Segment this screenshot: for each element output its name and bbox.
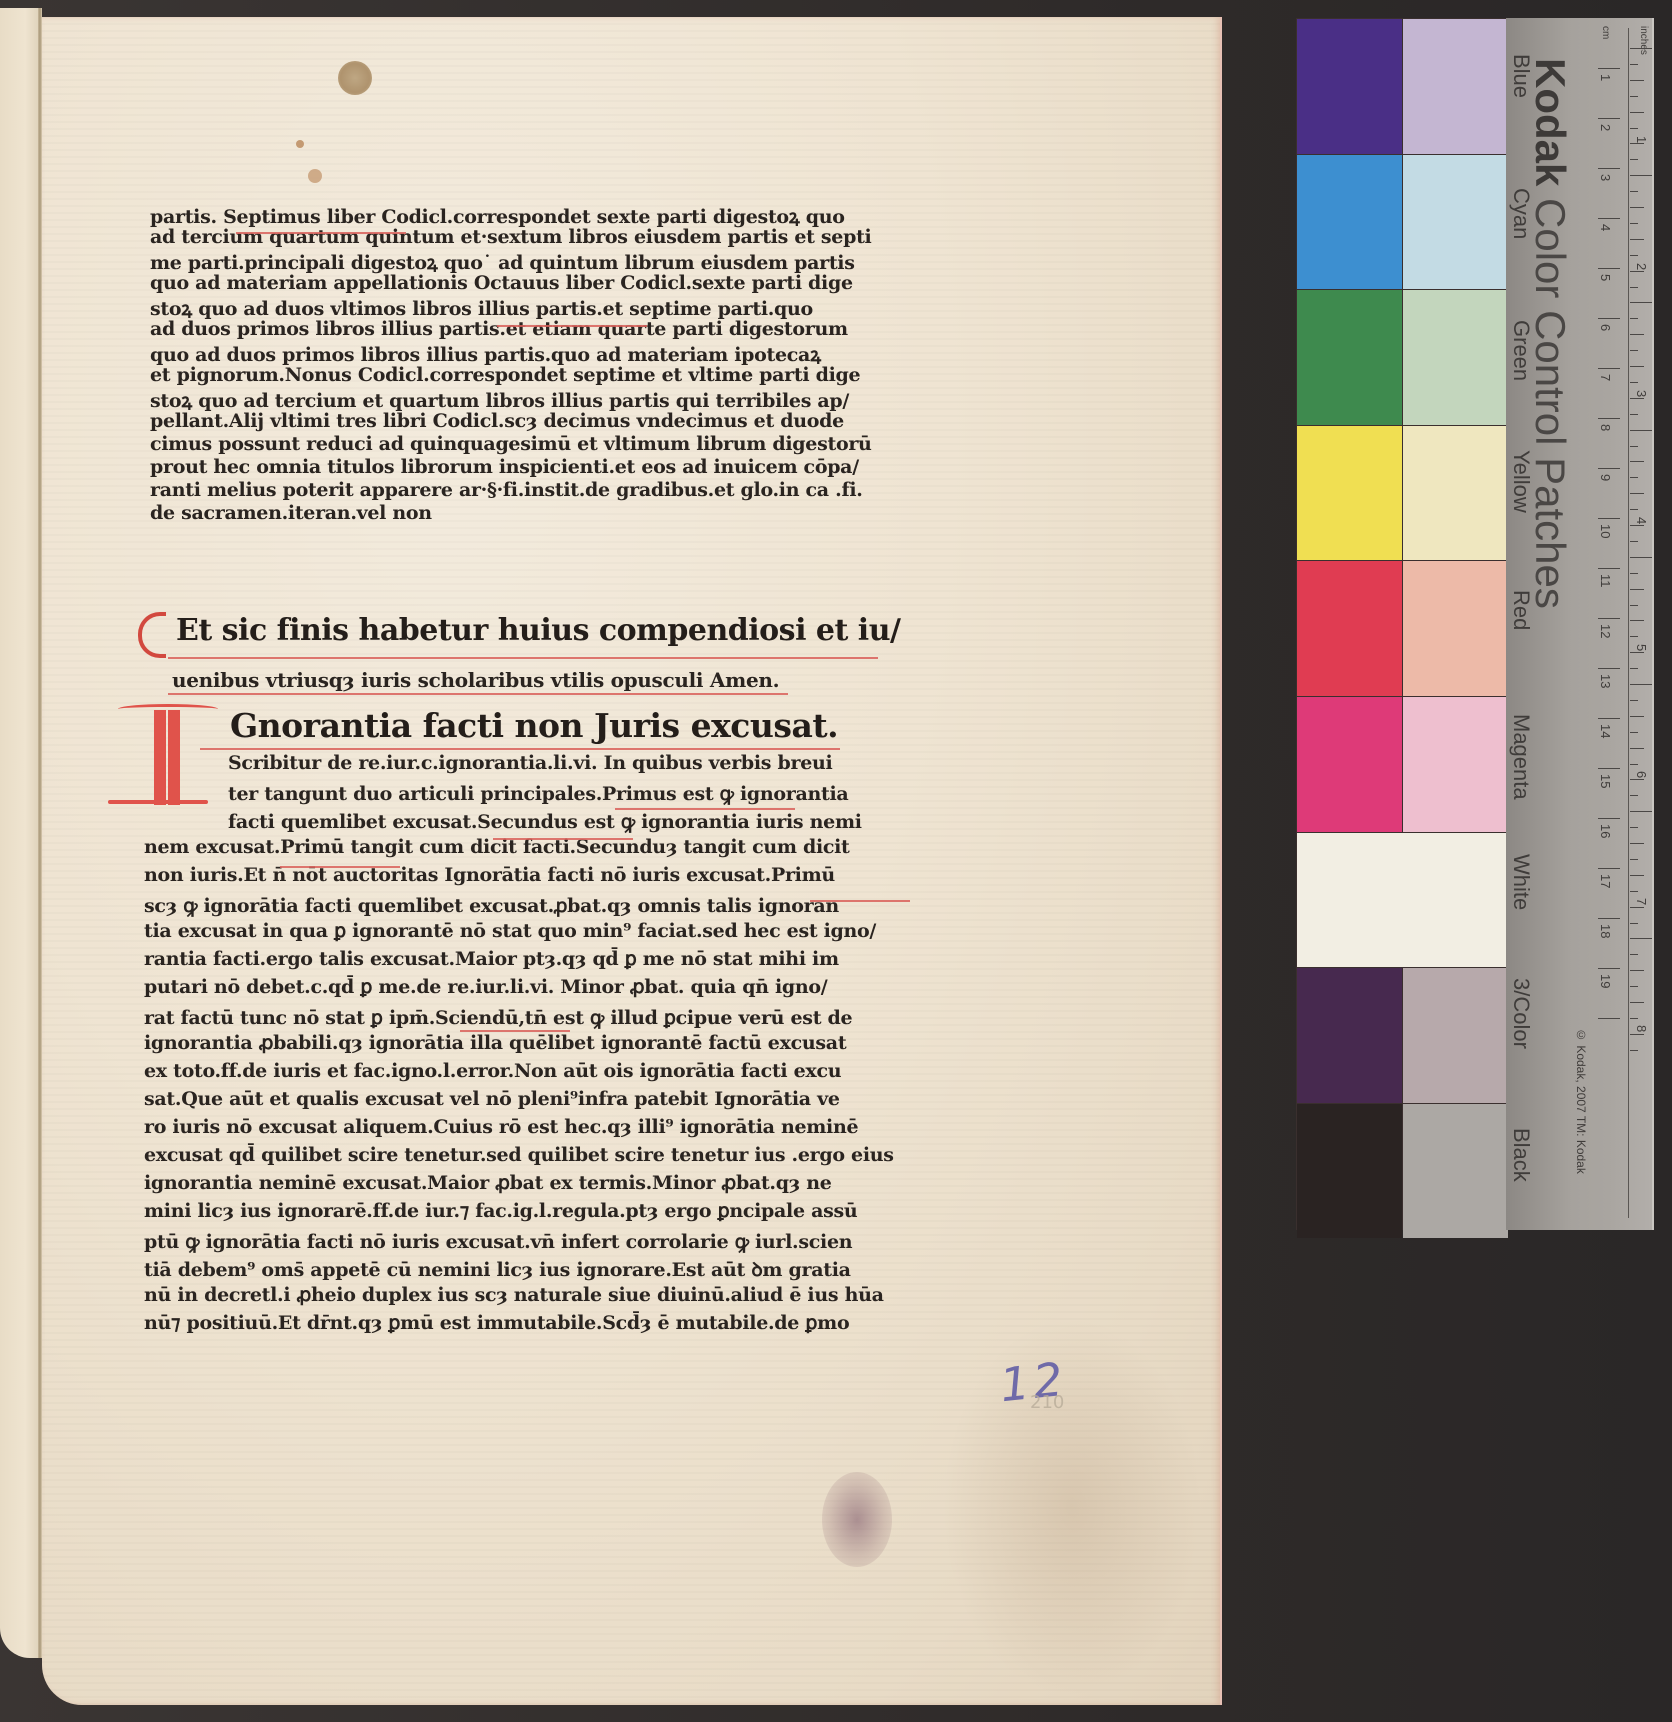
rubric-underline — [810, 900, 910, 902]
color-label: Magenta — [1508, 714, 1534, 800]
rubric-underline — [168, 657, 878, 659]
inch-mark: 7 — [1634, 898, 1649, 905]
text-line: facti quemlibet excusat.Secundus est ꝙ i… — [228, 808, 862, 834]
patch-3color-dark — [1297, 968, 1402, 1103]
color-patch-grid — [1296, 18, 1506, 1230]
color-label: Red — [1508, 590, 1534, 630]
patch-red-light — [1403, 561, 1508, 696]
text-line: ter tangunt duo articuli principales.Pri… — [228, 780, 848, 806]
rubric-underline — [497, 325, 647, 327]
colophon-line: uenibus vtriusqȝ iuris scholaribus vtili… — [172, 668, 779, 692]
inch-mark: 3 — [1634, 390, 1649, 397]
color-label: Cyan — [1508, 188, 1534, 239]
color-label: 3/Color — [1508, 978, 1534, 1049]
color-label: Green — [1508, 320, 1534, 381]
text-line: nū in decretl.i ꝓheio duplex ius scȝ nat… — [144, 1284, 884, 1306]
text-line: Scribitur de re.iur.c.ignorantia.li.vi. … — [228, 752, 832, 774]
color-label: Black — [1508, 1128, 1534, 1182]
cm-mark: 13 — [1598, 674, 1613, 688]
foxing-spot — [308, 169, 322, 183]
cm-mark: 18 — [1598, 924, 1613, 938]
text-line: pellant.Alij vltimi tres libri Codicl.sc… — [150, 410, 844, 432]
patch-black-dark — [1297, 1104, 1402, 1239]
text-line: et pignorum.Nonus Codicl.correspondet se… — [150, 364, 860, 386]
colophon-line: Et sic finis habetur huius compendiosi e… — [176, 613, 900, 648]
text-line: tia excusat in qua ꝑ ignorantē nō stat q… — [144, 920, 876, 942]
rubric-underline — [615, 808, 795, 810]
patch-red-dark — [1297, 561, 1402, 696]
cm-mark: 3 — [1598, 174, 1613, 181]
color-label: Yellow — [1508, 450, 1534, 513]
cm-mark: 8 — [1598, 424, 1613, 431]
patch-black-light — [1403, 1104, 1508, 1239]
cm-mark: 16 — [1598, 824, 1613, 838]
pencil-folio-number: 210 — [1030, 1392, 1064, 1413]
cm-mark: 17 — [1598, 874, 1613, 888]
section-heading: Gnorantia facti non Juris excusat. — [230, 706, 838, 745]
cm-mark: 5 — [1598, 274, 1613, 281]
cm-mark: 4 — [1598, 224, 1613, 231]
text-line: tiā debem⁹ oms̄ appetē cū nemini licȝ iu… — [144, 1256, 851, 1282]
text-line: prout hec omnia titulos librorum inspici… — [150, 456, 859, 478]
color-label: White — [1508, 854, 1534, 910]
patch-green-light — [1403, 290, 1508, 425]
cm-mark: 2 — [1598, 124, 1613, 131]
text-line: rat factū tunc nō stat ꝑ ipm̄.Sciendū,tn… — [144, 1004, 852, 1030]
text-line: ex toto.ff.de iuris et fac.igno.l.error.… — [144, 1060, 841, 1082]
patch-green-dark — [1297, 290, 1402, 425]
cm-mark: 7 — [1598, 374, 1613, 381]
cm-mark: 1 — [1598, 74, 1613, 81]
text-line: cimus possunt reduci ad quinquagesimū et… — [150, 433, 872, 455]
patch-yellow-dark — [1297, 426, 1402, 561]
text-line: scȝ ꝙ ignorātia facti quemlibet excusat.… — [144, 892, 839, 918]
facing-page-edge — [0, 8, 42, 1658]
patch-yellow-light — [1403, 426, 1508, 561]
cm-mark: 14 — [1598, 724, 1613, 738]
cm-mark: 6 — [1598, 324, 1613, 331]
ruler-strip: Kodak Color Control Patches Blue Cyan Gr… — [1506, 18, 1654, 1230]
patch-white — [1297, 833, 1508, 968]
text-line: ptū ꝙ ignorātia facti nō iuris excusat.v… — [144, 1228, 852, 1254]
patch-blue-light — [1403, 19, 1508, 154]
patch-blue-dark — [1297, 19, 1402, 154]
inch-mark: 8 — [1634, 1025, 1649, 1032]
text-line: nū⁊ positiuū.Et dr̄nt.qȝ ꝑmū est immutab… — [144, 1312, 849, 1334]
patch-magenta-dark — [1297, 697, 1402, 832]
cm-mark: 10 — [1598, 524, 1613, 538]
text-line: excusat qd̄ quilibet scire tenetur.sed q… — [144, 1144, 894, 1166]
ink-stain — [822, 1472, 892, 1567]
rubric-underline — [168, 693, 788, 695]
text-line: de sacramen.iteran.vel non — [150, 502, 432, 524]
text-line: non iuris.Et n̄ nōt auctoritas Ignorātia… — [144, 864, 835, 886]
library-stamp — [338, 61, 372, 95]
text-line: rantia facti.ergo talis excusat.Maior pt… — [144, 948, 839, 970]
inch-mark: 5 — [1634, 644, 1649, 651]
rubric-underline — [236, 232, 406, 234]
text-line: ad duos primos libros illius partis.et e… — [150, 318, 848, 340]
kodak-subtitle: Color Control Patches — [1527, 198, 1574, 609]
rubric-underline — [200, 748, 840, 750]
kodak-color-target: Kodak Color Control Patches Blue Cyan Gr… — [1296, 18, 1654, 1230]
color-label: Blue — [1508, 54, 1534, 98]
patch-3color-light — [1403, 968, 1508, 1103]
rubric-underline — [493, 838, 633, 840]
text-line: ignorantia neminē excusat.Maior ꝓbat ex … — [144, 1172, 832, 1194]
kodak-brand: Kodak — [1527, 58, 1574, 186]
text-line: ranti melius poterit apparere ar·§·fi.in… — [150, 479, 863, 501]
rubric-underline — [460, 1030, 570, 1032]
cm-mark: 12 — [1598, 624, 1613, 638]
inch-mark: 6 — [1634, 771, 1649, 778]
inch-mark: 2 — [1634, 263, 1649, 270]
rubric-underline — [280, 866, 400, 868]
rubricated-initial-I — [128, 700, 198, 810]
text-line: putari nō debet.c.qd̄ ꝑ me.de re.iur.li.… — [144, 976, 827, 998]
ruler-scale: cm inches 1 2 3 4 5 6 7 8 9 10 11 12 13 … — [1598, 18, 1654, 1230]
text-line: sat.Que aūt et qualis excusat vel nō ple… — [144, 1088, 840, 1110]
cm-mark: 15 — [1598, 774, 1613, 788]
text-line: ignorantia ꝓbabili.qȝ ignorātia illa quē… — [144, 1032, 846, 1054]
text-line: ro iuris nō excusat aliquem.Cuius rō est… — [144, 1116, 858, 1138]
foxing-spot — [296, 140, 304, 148]
cm-mark: 9 — [1598, 474, 1613, 481]
inch-mark: 4 — [1634, 517, 1649, 524]
water-stain — [942, 1317, 1202, 1697]
kodak-copyright: © Kodak, 2007 TM: Kodak — [1574, 1028, 1588, 1174]
patch-cyan-dark — [1297, 155, 1402, 290]
cm-mark: 19 — [1598, 974, 1613, 988]
text-line: ad tercium quartum quintum et·sextum lib… — [150, 226, 871, 248]
unit-inches: inches — [1638, 26, 1649, 55]
text-line: quo ad materiam appellationis Octauus li… — [150, 272, 853, 294]
unit-cm: cm — [1600, 26, 1611, 39]
text-line: mini licȝ ius ignorarē.ff.de iur.⁊ fac.i… — [144, 1200, 857, 1222]
inch-mark: 1 — [1634, 136, 1649, 143]
patch-cyan-light — [1403, 155, 1508, 290]
patch-magenta-light — [1403, 697, 1508, 832]
cm-mark: 11 — [1598, 574, 1613, 588]
